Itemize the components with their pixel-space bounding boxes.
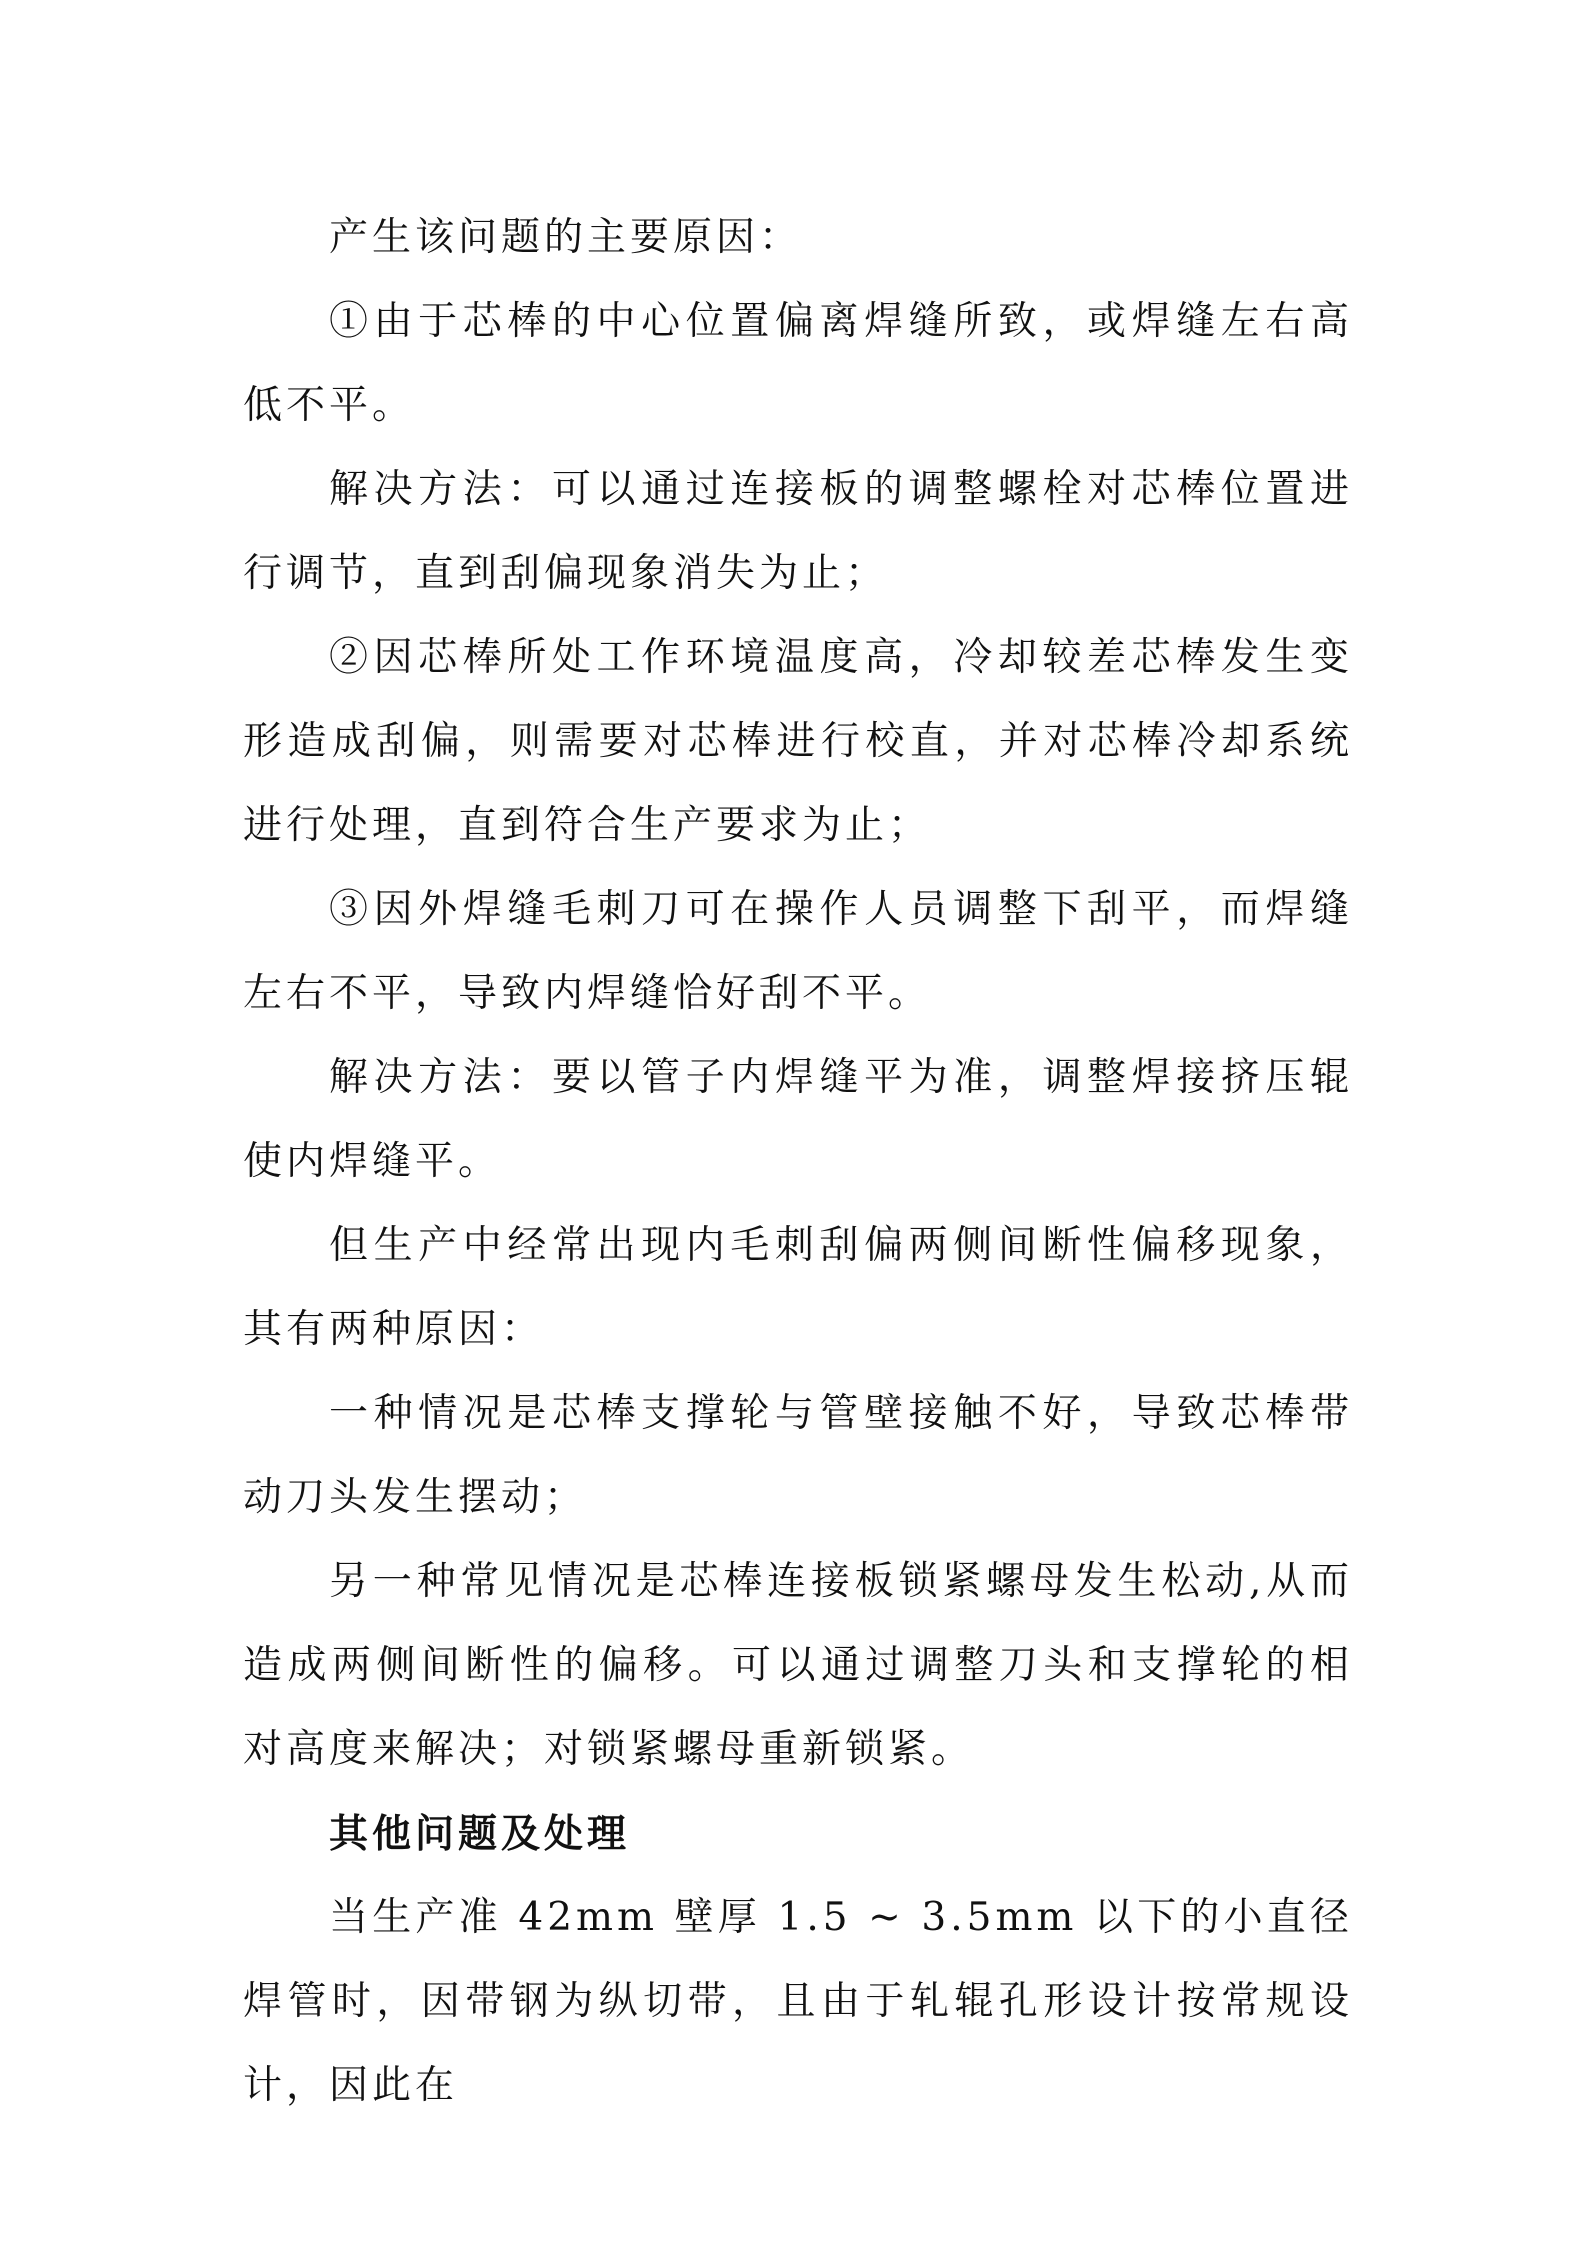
paragraph-cause-1: ①由于芯棒的中心位置偏离焊缝所致，或焊缝左右高低不平。 <box>243 280 1353 448</box>
paragraph-reason-b: 另一种常见情况是芯棒连接板锁紧螺母发生松动,从而造成两侧间断性的偏移。可以通过调… <box>243 1540 1353 1792</box>
paragraph-solution-1: 解决方法：可以通过连接板的调整螺栓对芯棒位置进行调节，直到刮偏现象消失为止； <box>243 448 1353 616</box>
paragraph-cause-3: ③因外焊缝毛刺刀可在操作人员调整下刮平，而焊缝左右不平，导致内焊缝恰好刮不平。 <box>243 868 1353 1036</box>
paragraph-cause-intro: 产生该问题的主要原因： <box>243 196 1353 280</box>
paragraph-reason-a: 一种情况是芯棒支撑轮与管壁接触不好，导致芯棒带动刀头发生摆动； <box>243 1372 1353 1540</box>
section-heading-other-issues: 其他问题及处理 <box>243 1792 1353 1876</box>
paragraph-solution-3: 解决方法：要以管子内焊缝平为准，调整焊接挤压辊使内焊缝平。 <box>243 1036 1353 1204</box>
paragraph-cause-2: ②因芯棒所处工作环境温度高，冷却较差芯棒发生变形造成刮偏，则需要对芯棒进行校直，… <box>243 616 1353 868</box>
document-page: 产生该问题的主要原因： ①由于芯棒的中心位置偏离焊缝所致，或焊缝左右高低不平。 … <box>243 196 1353 2128</box>
paragraph-small-diameter: 当生产准 42mm 壁厚 1.5 ~ 3.5mm 以下的小直径焊管时，因带钢为纵… <box>243 1876 1353 2128</box>
paragraph-intermittent-offset: 但生产中经常出现内毛刺刮偏两侧间断性偏移现象，其有两种原因： <box>243 1204 1353 1372</box>
